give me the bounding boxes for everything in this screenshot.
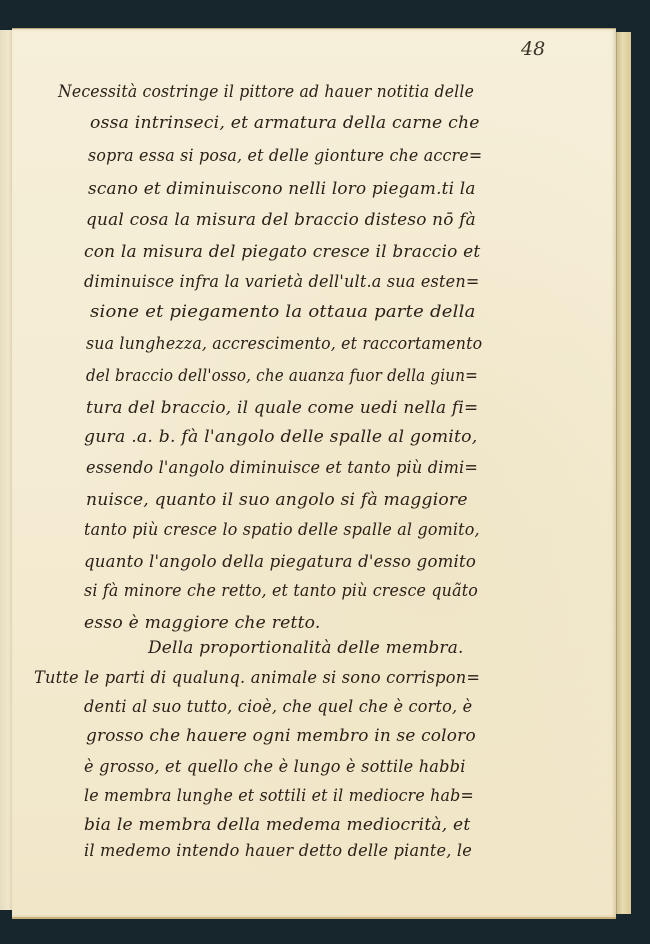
manuscript-line: esso è maggiore che retto.: [84, 613, 321, 632]
manuscript-line: Tutte le parti di qualunq. animale si so…: [34, 668, 480, 687]
manuscript-line: sua lunghezza, accrescimento, et raccort…: [86, 334, 482, 353]
manuscript-line: tura del braccio, il quale come uedi nel…: [86, 398, 478, 417]
manuscript-line: Necessità costringe il pittore ad hauer …: [58, 82, 474, 101]
manuscript-line: è grosso, et quello che è lungo è sottil…: [84, 757, 466, 776]
manuscript-line: scano et diminuiscono nelli loro piegam.…: [88, 179, 476, 198]
manuscript-line: essendo l'angolo diminuisce et tanto più…: [86, 458, 478, 477]
manuscript-line: con la misura del piegato cresce il brac…: [84, 242, 480, 261]
page-number: 48: [521, 38, 545, 60]
manuscript-line: diminuisce infra la varietà dell'ult.a s…: [84, 272, 480, 291]
manuscript-line: del braccio dell'osso, che auanza fuor d…: [86, 366, 478, 385]
section-heading: Della proportionalità delle membra.: [148, 638, 464, 658]
manuscript-line: ossa intrinseci, et armatura della carne…: [90, 113, 480, 132]
manuscript-line: sopra essa si posa, et delle gionture ch…: [88, 146, 482, 165]
manuscript-line: tanto più cresce lo spatio delle spalle …: [84, 520, 480, 539]
manuscript-line: grosso che hauere ogni membro in se colo…: [86, 726, 476, 745]
manuscript-line: gura .a. b. fà l'angolo delle spalle al …: [84, 427, 477, 446]
page-stack-edge: [616, 32, 631, 914]
manuscript-line: bia le membra della medema mediocrità, e…: [84, 815, 470, 834]
manuscript-line: sione et piegamento la ottaua parte dell…: [90, 302, 476, 321]
manuscript-line: denti al suo tutto, cioè, che quel che è…: [84, 697, 472, 716]
manuscript-line: quanto l'angolo della piegatura d'esso g…: [84, 552, 476, 571]
manuscript-line: le membra lunghe et sottili et il medioc…: [84, 786, 474, 805]
manuscript-line: il medemo intendo hauer detto delle pian…: [84, 841, 472, 860]
manuscript-line: si fà minore che retto, et tanto più cre…: [84, 581, 478, 600]
manuscript-line: nuisce, quanto il suo angolo si fà maggi…: [86, 490, 468, 509]
manuscript-line: qual cosa la misura del braccio disteso …: [86, 210, 476, 229]
